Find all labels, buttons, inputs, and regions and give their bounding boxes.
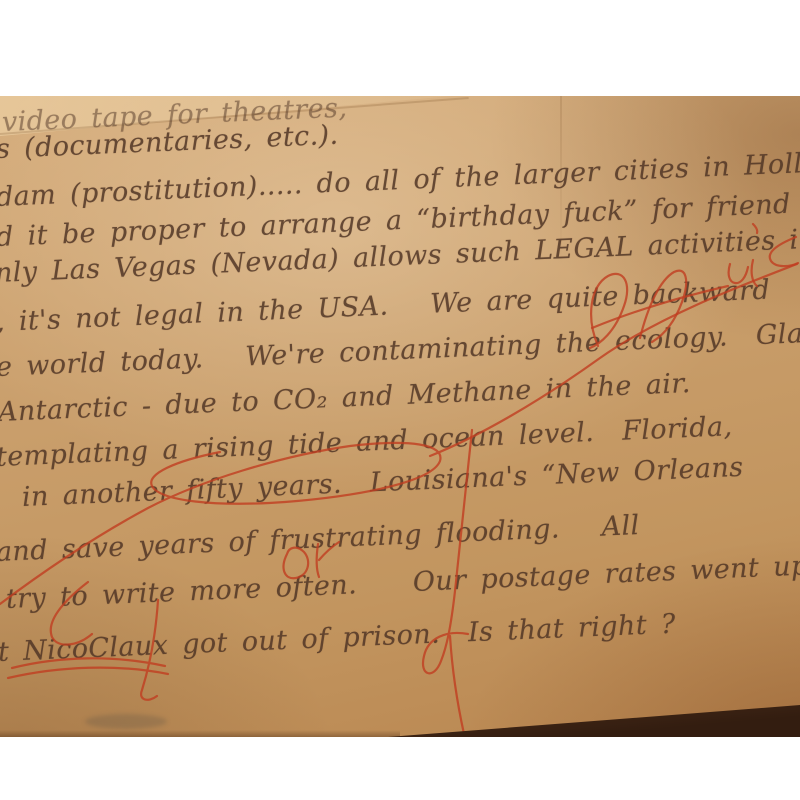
letter-photo: video tape for theatres, s (documentarie… <box>0 96 800 737</box>
letter-line: t NicoClaux got out of prison. Is that r… <box>0 609 677 670</box>
paper-bottom-edge-shadow <box>0 730 400 737</box>
photo-background-corner <box>388 705 800 737</box>
pencil-smudge <box>85 714 167 729</box>
